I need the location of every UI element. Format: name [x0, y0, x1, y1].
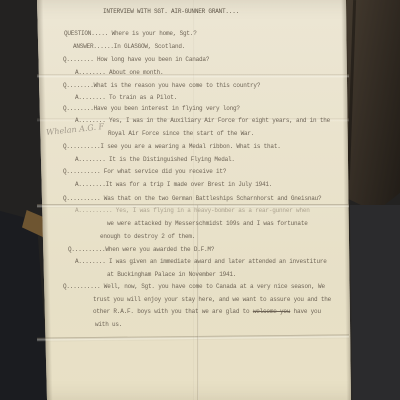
- typewritten-line: A........ It is the Distinguished Flying…: [75, 156, 235, 163]
- typewritten-line: A........ Yes, I was in the Auxiliary Ai…: [75, 117, 330, 124]
- typewritten-line: with us.: [95, 321, 122, 328]
- photo-of-document: INTERVIEW WITH SGT. AIR-GUNNER GRANT....…: [0, 0, 400, 400]
- typewritten-line: at Buckingham Palace in November 1941.: [107, 271, 236, 278]
- struck-out-text: welcome-you: [253, 308, 290, 315]
- typewritten-line: A........ To train as a Pilot.: [75, 94, 177, 101]
- typewritten-line: enough to destroy 2 of them.: [100, 233, 195, 240]
- typewritten-line: QUESTION..... Where is your home, Sgt.?: [64, 30, 197, 37]
- typewritten-line: Q..........I see you are a wearing a Med…: [63, 143, 281, 150]
- typewritten-line: Q........ How long have you been in Cana…: [63, 56, 209, 63]
- typewritten-line: we were attacked by Messerschmidst 109s …: [107, 220, 308, 227]
- typewritten-line: Q.......... Was that on the two German B…: [63, 195, 321, 202]
- typewritten-line: Q........Have you been interest in flyin…: [63, 105, 240, 112]
- typewritten-line: Q........What is the reason you have com…: [63, 82, 260, 89]
- typewritten-line: Q.......... For what service did you rec…: [63, 168, 226, 175]
- typewritten-line: A........It was for a trip I made over B…: [75, 181, 272, 188]
- typewritten-line: Q.......... Well, now, Sgt. you have com…: [63, 283, 325, 290]
- typewritten-line: trust you will enjoy your stay here, and…: [93, 296, 331, 303]
- typewritten-line: Royal Air Force since the start of the W…: [108, 130, 254, 137]
- typewritten-line: Q..........When were you awarded the D.F…: [68, 246, 214, 253]
- typewritten-line: other R.A.F. boys with you that we are g…: [93, 308, 321, 315]
- typewritten-line: A.......... Yes, I was flying in a heavy…: [75, 207, 310, 214]
- typewritten-line: A........ I was given an immediate award…: [75, 258, 327, 265]
- typewritten-line: A........ About one month.: [75, 69, 163, 76]
- typewritten-lines: QUESTION..... Where is your home, Sgt.?A…: [0, 0, 400, 400]
- typewritten-line: ANSWER......In GLASGOW, Scotland.: [73, 43, 185, 50]
